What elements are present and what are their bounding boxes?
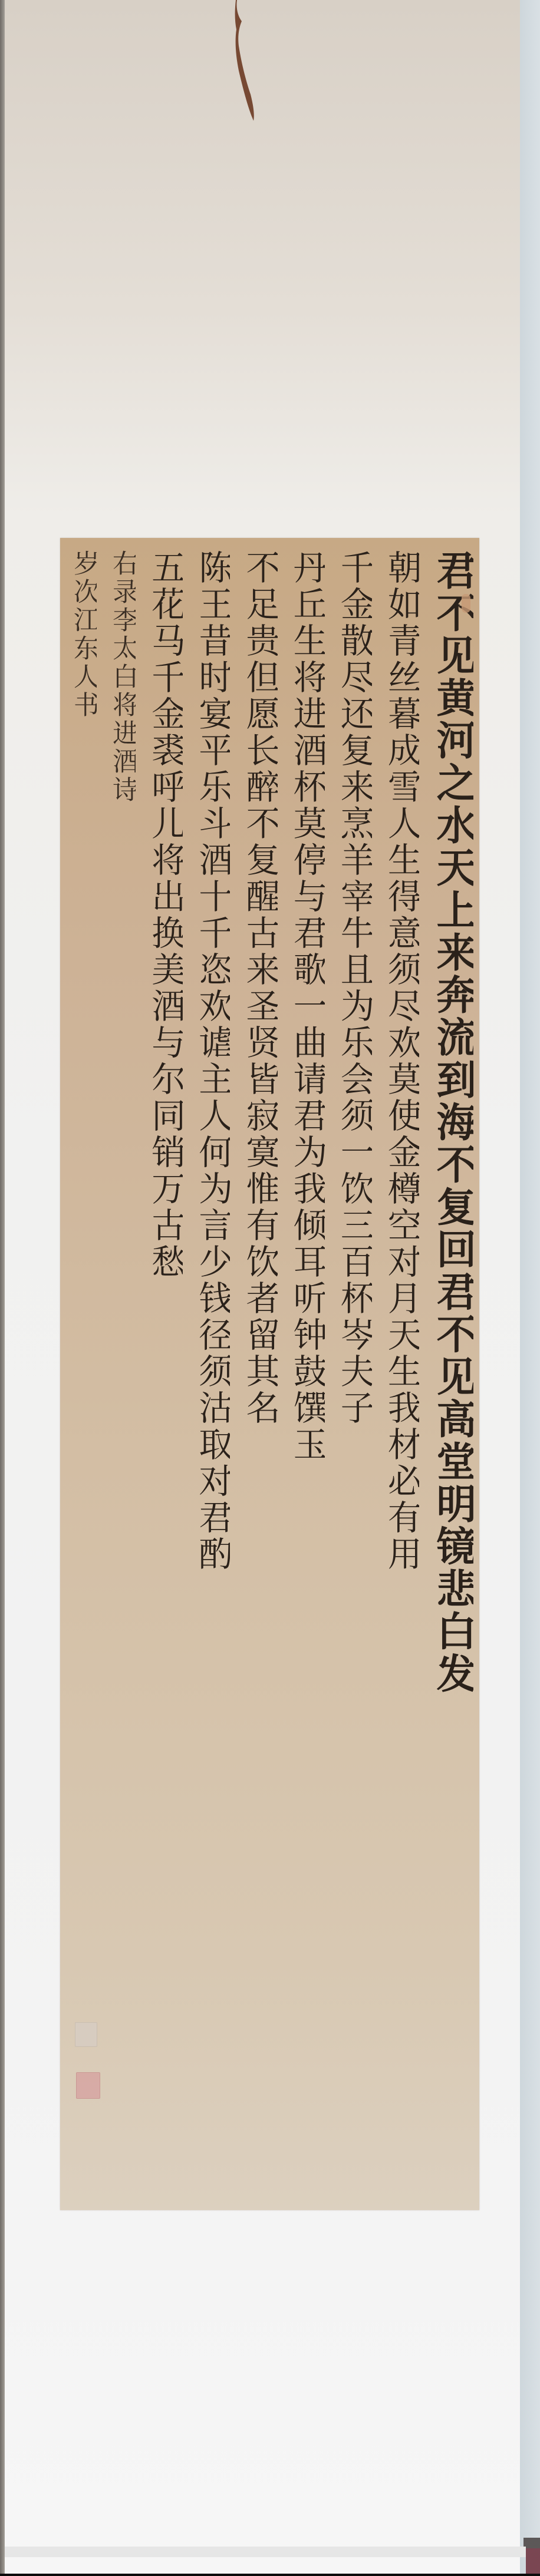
scroll-bottom-rod [5,2547,526,2557]
calligraphy-column-1: 君不见黄河之水天上来奔流到海不复回君不见高堂明镜悲白发 [427,550,473,2198]
calligraphy-columns: 君不见黄河之水天上来奔流到海不复回君不见高堂明镜悲白发 朝如青丝暮成雪人生得意须… [66,550,473,2198]
name-seal-red-icon [76,2072,100,2099]
calligraphy-column-6: 陈王昔时宴平乐斗酒十千恣欢谑主人何为言少钱径须沽取对君酌 [191,550,230,2198]
image-bottom-border [0,2574,540,2576]
calligraphy-column-7: 五花马千金裘呼儿将出换美酒与尔同销万古愁 [144,550,183,2198]
calligraphy-column-4: 丹丘生将进酒杯莫停与君歌一曲请君为我倾耳听钟鼓馔玉 [286,550,325,2198]
background-object [523,2538,540,2549]
calligraphy-column-2: 朝如青丝暮成雪人生得意须尽欢莫使金樽空对月天生我材必有用 [380,550,419,2198]
background-object-maroon [526,2548,540,2575]
wall-background [519,0,540,2576]
scroll-left-edge [0,0,5,2576]
name-seal-gray-icon [75,2022,97,2047]
inscription-column-1: 右录李太白将进酒诗 [105,550,136,2198]
calligraphy-column-5: 不足贵但愿长醉不复醒古来圣贤皆寂寞惟有饮者留其名 [239,550,278,2198]
top-leading-seal-icon [462,594,470,613]
calligraphy-column-3: 千金散尽还复来烹羊宰牛且为乐会须一饮三百杯岑夫子 [333,550,372,2198]
calligraphy-paper: 君不见黄河之水天上来奔流到海不复回君不见高堂明镜悲白发 朝如青丝暮成雪人生得意须… [60,538,479,2210]
inscription-column-2: 岁次江东人书 [66,550,97,2198]
